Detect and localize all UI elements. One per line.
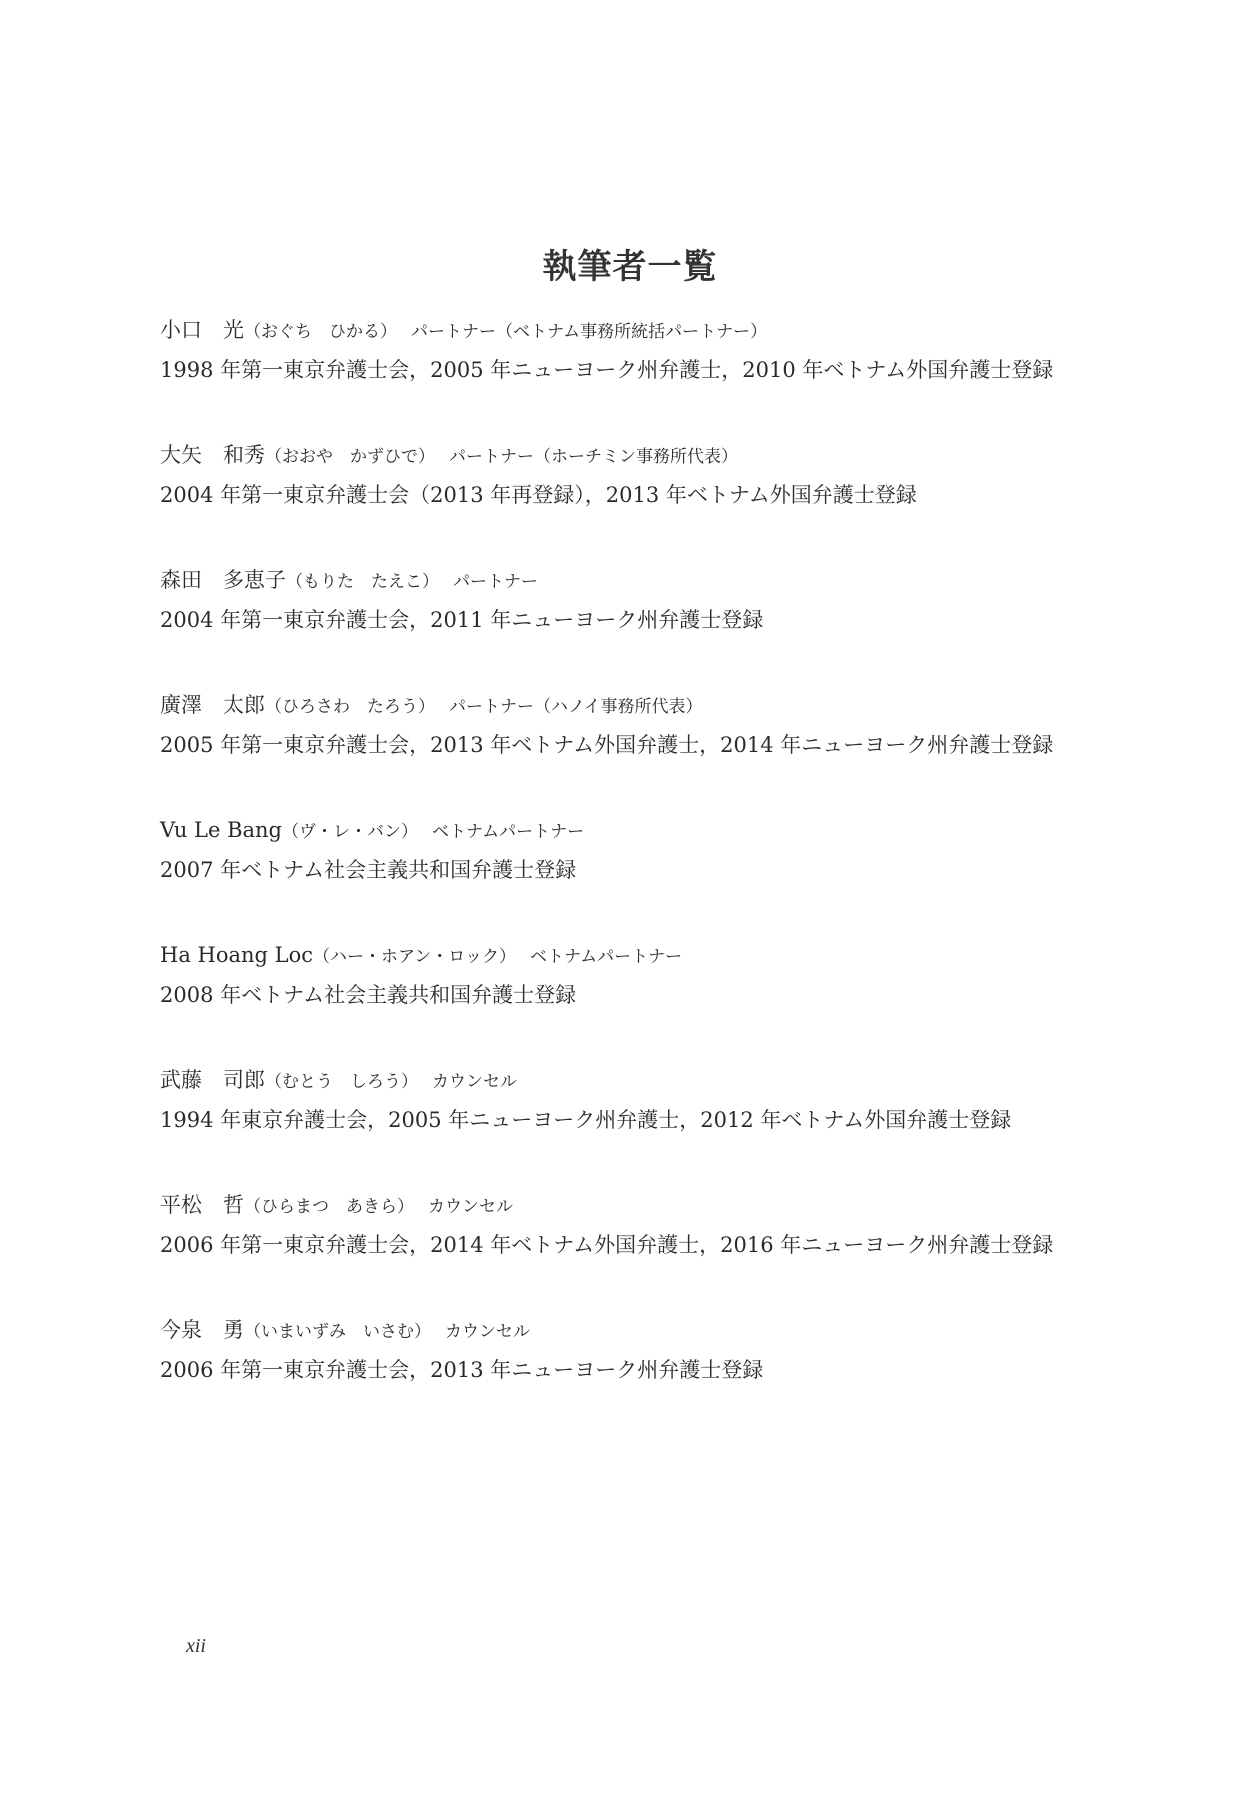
author-reading: （いまいずみ いさむ） (244, 1322, 431, 1342)
page-number: xii (186, 1635, 206, 1658)
author-name: 武藤 司郎 (160, 1068, 265, 1092)
author-entry: 武藤 司郎（むとう しろう）カウンセル 1994 年東京弁護士会，2005 年ニ… (160, 1060, 1100, 1140)
author-entry: 平松 哲（ひらまつ あきら）カウンセル 2006 年第一東京弁護士会，2014 … (160, 1185, 1100, 1265)
author-role: ベトナムパートナー (530, 947, 682, 967)
author-name: 大矢 和秀 (160, 443, 265, 467)
author-credentials: 1998 年第一東京弁護士会，2005 年ニューヨーク州弁護士，2010 年ベト… (160, 350, 1100, 390)
author-entry: 今泉 勇（いまいずみ いさむ）カウンセル 2006 年第一東京弁護士会，2013… (160, 1310, 1100, 1390)
page-title: 執筆者一覧 (0, 245, 1260, 289)
author-header: Vu Le Bang（ヴ・レ・バン）ベトナムパートナー (160, 810, 1100, 850)
author-credentials: 2006 年第一東京弁護士会，2013 年ニューヨーク州弁護士登録 (160, 1350, 1100, 1390)
author-list: 小口 光（おぐち ひかる）パートナー（ベトナム事務所統括パートナー） 1998 … (160, 310, 1100, 1390)
author-credentials: 2005 年第一東京弁護士会，2013 年ベトナム外国弁護士，2014 年ニュー… (160, 725, 1100, 765)
author-credentials: 1994 年東京弁護士会，2005 年ニューヨーク州弁護士，2012 年ベトナム… (160, 1100, 1100, 1140)
author-header: 廣澤 太郎（ひろさわ たろう）パートナー（ハノイ事務所代表） (160, 685, 1100, 725)
author-role: ベトナムパートナー (432, 822, 584, 842)
author-header: 小口 光（おぐち ひかる）パートナー（ベトナム事務所統括パートナー） (160, 310, 1100, 350)
author-role: パートナー（ベトナム事務所統括パートナー） (411, 322, 767, 342)
author-header: 大矢 和秀（おおや かずひで）パートナー（ホーチミン事務所代表） (160, 435, 1100, 475)
author-name: 今泉 勇 (160, 1318, 244, 1342)
author-name: Ha Hoang Loc (160, 943, 313, 967)
author-credentials: 2007 年ベトナム社会主義共和国弁護士登録 (160, 850, 1100, 890)
author-credentials: 2008 年ベトナム社会主義共和国弁護士登録 (160, 975, 1100, 1015)
author-reading: （ひろさわ たろう） (265, 697, 435, 717)
author-name: Vu Le Bang (160, 818, 282, 842)
author-entry: Ha Hoang Loc（ハー・ホアン・ロック）ベトナムパートナー 2008 年… (160, 935, 1100, 1015)
author-reading: （ひらまつ あきら） (244, 1197, 414, 1217)
author-role: パートナー（ハノイ事務所代表） (449, 697, 702, 717)
author-header: 武藤 司郎（むとう しろう）カウンセル (160, 1060, 1100, 1100)
author-role: カウンセル (432, 1072, 517, 1092)
author-name: 平松 哲 (160, 1193, 244, 1217)
author-entry: 廣澤 太郎（ひろさわ たろう）パートナー（ハノイ事務所代表） 2005 年第一東… (160, 685, 1100, 765)
author-reading: （むとう しろう） (265, 1072, 418, 1092)
author-reading: （ヴ・レ・バン） (282, 822, 418, 842)
author-name: 森田 多恵子 (160, 568, 286, 592)
author-credentials: 2006 年第一東京弁護士会，2014 年ベトナム外国弁護士，2016 年ニュー… (160, 1225, 1100, 1265)
author-role: カウンセル (445, 1322, 530, 1342)
author-role: パートナー (453, 572, 538, 592)
author-role: カウンセル (428, 1197, 513, 1217)
author-entry: 小口 光（おぐち ひかる）パートナー（ベトナム事務所統括パートナー） 1998 … (160, 310, 1100, 390)
author-header: Ha Hoang Loc（ハー・ホアン・ロック）ベトナムパートナー (160, 935, 1100, 975)
author-name: 廣澤 太郎 (160, 693, 265, 717)
author-reading: （おぐち ひかる） (244, 322, 397, 342)
author-reading: （もりた たえこ） (286, 572, 439, 592)
author-header: 今泉 勇（いまいずみ いさむ）カウンセル (160, 1310, 1100, 1350)
author-role: パートナー（ホーチミン事務所代表） (449, 447, 738, 467)
author-entry: 森田 多恵子（もりた たえこ）パートナー 2004 年第一東京弁護士会，2011… (160, 560, 1100, 640)
author-name: 小口 光 (160, 318, 244, 342)
author-entry: Vu Le Bang（ヴ・レ・バン）ベトナムパートナー 2007 年ベトナム社会… (160, 810, 1100, 890)
author-credentials: 2004 年第一東京弁護士会，2011 年ニューヨーク州弁護士登録 (160, 600, 1100, 640)
author-entry: 大矢 和秀（おおや かずひで）パートナー（ホーチミン事務所代表） 2004 年第… (160, 435, 1100, 515)
author-header: 森田 多恵子（もりた たえこ）パートナー (160, 560, 1100, 600)
author-reading: （ハー・ホアン・ロック） (313, 947, 516, 967)
author-reading: （おおや かずひで） (265, 447, 435, 467)
author-header: 平松 哲（ひらまつ あきら）カウンセル (160, 1185, 1100, 1225)
author-credentials: 2004 年第一東京弁護士会（2013 年再登録），2013 年ベトナム外国弁護… (160, 475, 1100, 515)
